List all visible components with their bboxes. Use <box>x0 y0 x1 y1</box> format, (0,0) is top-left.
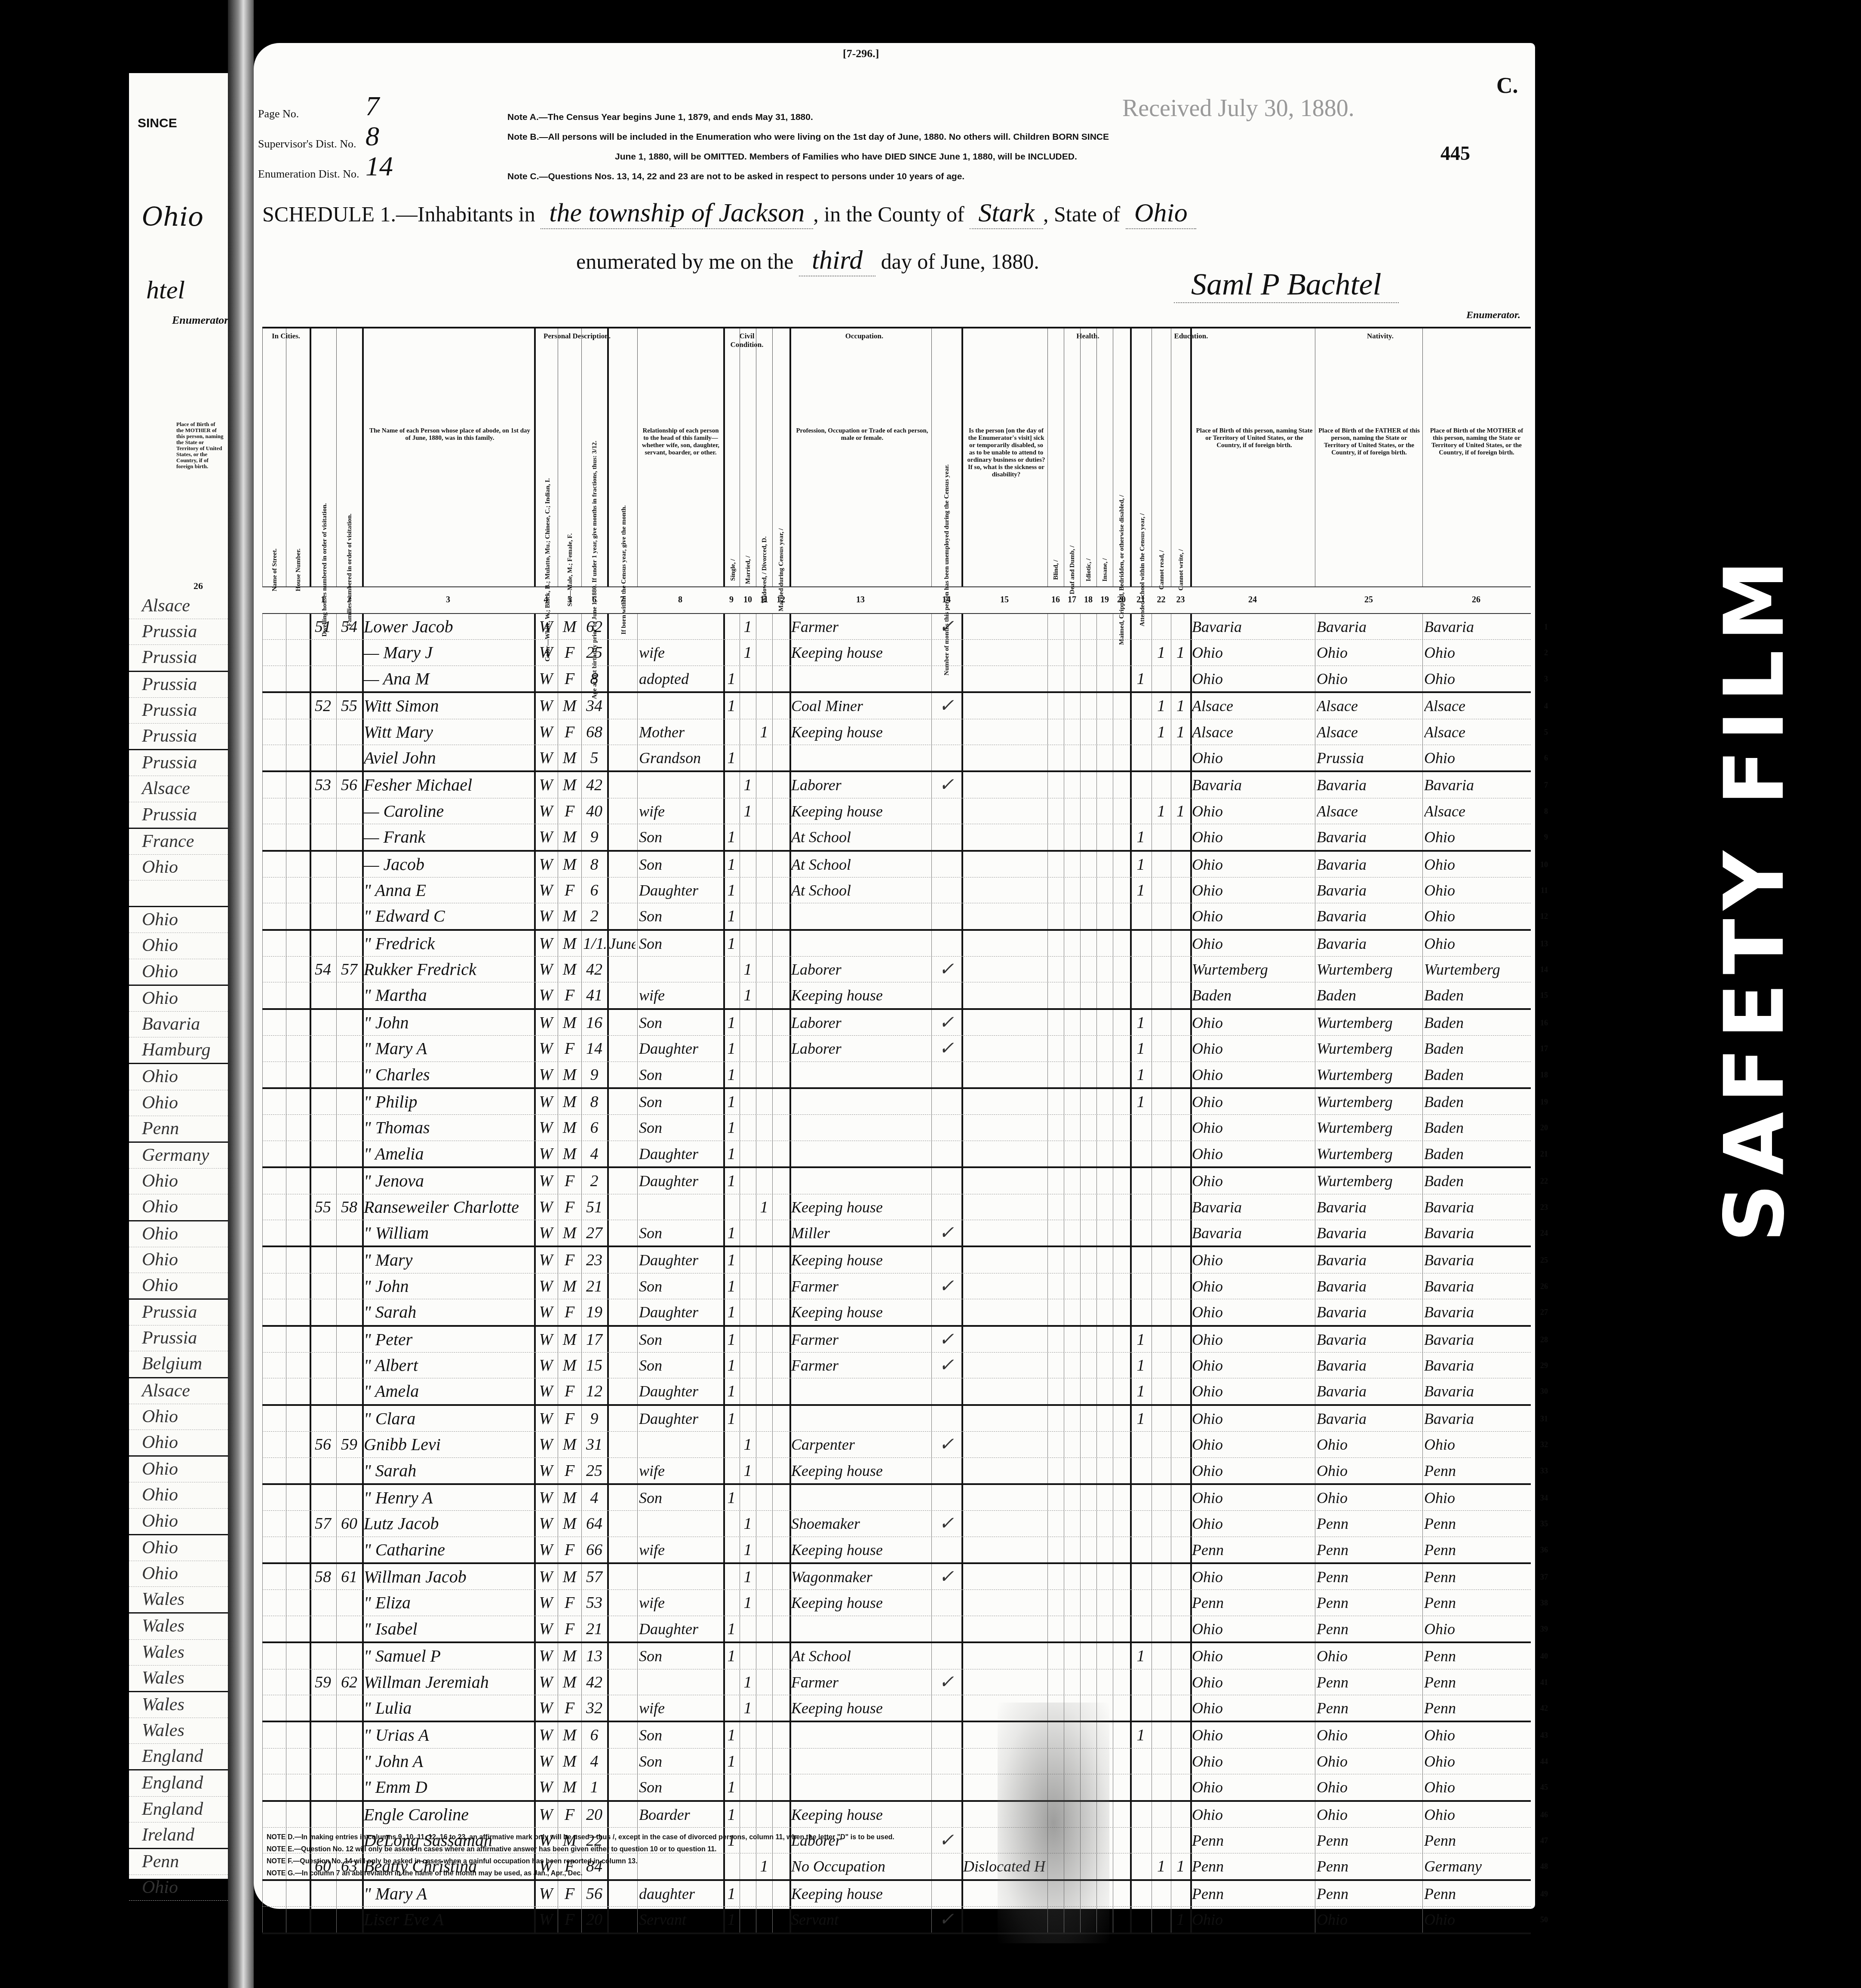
cell-age: 20 <box>583 1907 605 1932</box>
prev-page-row: Prussia <box>129 672 228 698</box>
cell-occupation <box>791 1168 930 1193</box>
line-number: 28 <box>1540 1327 1548 1353</box>
line-number: 12 <box>1540 903 1548 929</box>
prev-page-row: Ohio <box>129 1430 228 1457</box>
cell-name: Gnibb Levi <box>364 1432 532 1457</box>
cell-birthplace: Ohio <box>1192 1722 1313 1748</box>
table-row: " FredrickWM1/12JuneSon1OhioBavariaOhio1… <box>262 931 1531 957</box>
cell-single <box>725 1564 738 1589</box>
cell-birthplace: Bavaria <box>1192 614 1313 639</box>
cell-school <box>1132 1616 1150 1641</box>
safety-film-label: SAFETY FILM <box>1703 232 1797 1264</box>
cell-color: W <box>536 1564 556 1589</box>
cell-married <box>741 1247 754 1273</box>
cell-birth-month <box>609 1458 636 1483</box>
line-number: 44 <box>1540 1749 1548 1774</box>
header-col-24: Cannot read, / <box>1152 328 1171 586</box>
cell-color: W <box>536 931 556 956</box>
cell-occupation: Keeping house <box>791 719 930 745</box>
cell-single: 1 <box>725 1643 738 1669</box>
line-number: 45 <box>1540 1774 1548 1800</box>
cell-birth-month <box>609 1299 636 1325</box>
cell-sex: M <box>559 1010 580 1035</box>
cell-occupation: Miller <box>791 1220 930 1246</box>
table-row: Witt MaryWF68Mother1Keeping house11Alsac… <box>262 719 1531 745</box>
cell-color: W <box>536 1458 556 1483</box>
cell-occupation: Farmer <box>791 1327 930 1352</box>
cell-cannot-write <box>1173 614 1188 639</box>
cell-color: W <box>536 798 556 824</box>
cell-unemployed <box>933 1299 960 1325</box>
prev-page-row: Alsace <box>129 1378 228 1404</box>
cell-married <box>741 745 754 770</box>
cell-relation: Son <box>639 1115 722 1140</box>
cell-dwelling <box>311 1643 335 1669</box>
cell-mother: Penn <box>1424 1458 1528 1483</box>
cell-father: Ohio <box>1317 1485 1421 1510</box>
column-number: 20 <box>1113 595 1130 605</box>
cell-married <box>741 1168 754 1193</box>
prev-page-birthplace: Wales <box>142 1695 184 1715</box>
prev-page-birthplace: Penn <box>142 1852 179 1871</box>
cell-cannot-write <box>1173 666 1188 691</box>
cell-dwelling <box>311 1115 335 1140</box>
line-number: 3 <box>1544 666 1548 692</box>
cell-occupation: Carpenter <box>791 1432 930 1457</box>
cell-relation <box>639 1432 722 1457</box>
cell-father: Wurtemberg <box>1317 1168 1421 1193</box>
cell-age: 9 <box>583 1062 605 1087</box>
prev-page-birthplace: Ireland <box>142 1825 194 1845</box>
cell-family <box>338 719 360 745</box>
header-col-4: Families numbered in order of visitation… <box>336 328 362 586</box>
cell-widowed <box>758 1616 771 1641</box>
cell-father: Penn <box>1317 1828 1421 1853</box>
cell-birth-month <box>609 772 636 798</box>
cell-family: 58 <box>338 1194 360 1220</box>
cell-color: W <box>536 957 556 982</box>
cell-occupation: Laborer <box>791 1010 930 1035</box>
cell-relation: Son <box>639 931 722 956</box>
prev-page-birthplace: Prussia <box>142 753 197 773</box>
cell-father: Bavaria <box>1317 903 1421 929</box>
prev-page-birthplace: Wales <box>142 1642 184 1662</box>
cell-name: " Charles <box>364 1062 532 1087</box>
table-row: " SarahWF19Daughter1Keeping houseOhioBav… <box>262 1299 1531 1326</box>
cell-cannot-read <box>1153 1564 1169 1589</box>
cell-dwelling: 51 <box>311 614 335 639</box>
cell-name: " Mary A <box>364 1036 532 1061</box>
cell-mother: Baden <box>1424 1141 1528 1166</box>
cell-father: Wurtemberg <box>1317 1010 1421 1035</box>
cell-occupation: Keeping house <box>791 1247 930 1273</box>
table-row: " ThomasWM6Son1OhioWurtembergBaden20 <box>262 1115 1531 1141</box>
cell-color: W <box>536 1010 556 1035</box>
column-number: 8 <box>637 595 723 605</box>
line-number: 6 <box>1544 745 1548 771</box>
cell-married <box>741 1220 754 1246</box>
cell-age: 5 <box>583 745 605 770</box>
cell-age: 56 <box>583 1881 605 1906</box>
prev-page-row: Hamburg <box>129 1037 228 1064</box>
cell-color: W <box>536 824 556 850</box>
prev-page-birthplace: Ohio <box>142 1564 178 1583</box>
header-col-20: Idiotic, / <box>1080 328 1097 586</box>
cell-widowed <box>758 1299 771 1325</box>
prev-page-birthplace: England <box>142 1746 203 1766</box>
enumeration-date-line: enumerated by me on the third day of Jun… <box>576 245 1039 276</box>
cell-sex: F <box>559 1458 580 1483</box>
cell-widowed <box>758 798 771 824</box>
cell-single <box>725 982 738 1008</box>
cell-cannot-read <box>1153 1220 1169 1246</box>
table-row: — CarolineWF40wife1Keeping house11OhioAl… <box>262 798 1531 824</box>
cell-mother: Ohio <box>1424 1722 1528 1748</box>
cell-birthplace: Bavaria <box>1192 772 1313 798</box>
cell-age: 17 <box>583 1327 605 1352</box>
column-number: 14 <box>931 595 961 605</box>
column-number: 23 <box>1171 595 1190 605</box>
cell-mother: Ohio <box>1424 877 1528 903</box>
cell-birth-month <box>609 1432 636 1457</box>
line-number: 32 <box>1540 1432 1548 1457</box>
cell-single: 1 <box>725 1616 738 1641</box>
line-number: 14 <box>1540 957 1548 982</box>
table-row: " CharlesWM9Son11OhioWurtembergBaden18 <box>262 1062 1531 1089</box>
cell-name: " Jenova <box>364 1168 532 1193</box>
cell-widowed <box>758 1485 771 1510</box>
cell-sickness <box>963 745 1046 770</box>
prev-page-row: Prussia <box>129 750 228 776</box>
cell-color: W <box>536 1089 556 1114</box>
cell-sex: F <box>559 1406 580 1431</box>
cell-name: Fesher Michael <box>364 772 532 798</box>
cell-relation: wife <box>639 1695 722 1721</box>
prev-page-birthplace: Ohio <box>142 1276 178 1295</box>
cell-sex: M <box>559 1564 580 1589</box>
cell-relation: wife <box>639 982 722 1008</box>
cell-school: 1 <box>1132 1378 1150 1404</box>
cell-sickness <box>963 772 1046 798</box>
cell-unemployed: ✓ <box>933 772 960 798</box>
column-number: 9 <box>723 595 740 605</box>
column-number: 11 <box>756 595 772 605</box>
cell-mother: Bavaria <box>1424 772 1528 798</box>
cell-single: 1 <box>725 1115 738 1140</box>
cell-unemployed: ✓ <box>933 693 960 718</box>
cell-single: 1 <box>725 1141 738 1166</box>
prev-page-birthplace: Ohio <box>142 1407 178 1427</box>
cell-birth-month <box>609 1643 636 1669</box>
cell-sickness <box>963 666 1046 691</box>
cell-name: " William <box>364 1220 532 1246</box>
cell-family <box>338 982 360 1008</box>
cell-age: 6 <box>583 1722 605 1748</box>
cell-father: Bavaria <box>1317 931 1421 956</box>
cell-color: W <box>536 1695 556 1721</box>
cell-cannot-read <box>1153 1669 1169 1695</box>
prev-page-row: Prussia <box>129 802 228 829</box>
line-number: 1 <box>1544 614 1548 640</box>
cell-mother: Alsace <box>1424 693 1528 718</box>
cell-occupation <box>791 1774 930 1800</box>
cell-family <box>338 1537 360 1562</box>
cell-dwelling <box>311 1590 335 1615</box>
cell-age: 42 <box>583 772 605 798</box>
cell-widowed <box>758 1695 771 1721</box>
cell-birthplace: Ohio <box>1192 1036 1313 1061</box>
cell-unemployed <box>933 1115 960 1140</box>
cell-unemployed <box>933 1590 960 1615</box>
cell-cannot-write <box>1173 1643 1188 1669</box>
cell-occupation: Keeping house <box>791 1695 930 1721</box>
cell-birthplace: Ohio <box>1192 1406 1313 1431</box>
prev-page-row: Ohio <box>129 1221 228 1247</box>
cell-dwelling <box>311 982 335 1008</box>
cell-sickness <box>963 877 1046 903</box>
cell-birth-month <box>609 1590 636 1615</box>
prev-page-row: Prussia <box>129 645 228 672</box>
cell-single <box>725 1432 738 1457</box>
cell-family <box>338 1485 360 1510</box>
cell-unemployed <box>933 1537 960 1562</box>
column-number: 13 <box>789 595 931 605</box>
cell-single <box>725 957 738 982</box>
cell-single <box>725 1590 738 1615</box>
cell-dwelling <box>311 852 335 877</box>
cell-birth-month <box>609 1010 636 1035</box>
cell-family <box>338 1722 360 1748</box>
cell-birthplace: Penn <box>1192 1853 1313 1879</box>
cell-color: W <box>536 1432 556 1457</box>
instruction-notes: Note A.—The Census Year begins June 1, 1… <box>507 107 1453 187</box>
cell-cannot-read <box>1153 1010 1169 1035</box>
cell-unemployed: ✓ <box>933 1010 960 1035</box>
note-f: NOTE F.—Question No. 14 will only be ask… <box>267 1856 894 1868</box>
line-number: 24 <box>1540 1220 1548 1246</box>
cell-cannot-write <box>1173 1062 1188 1087</box>
cell-family: 62 <box>338 1669 360 1695</box>
cell-widowed <box>758 931 771 956</box>
cell-cannot-write <box>1173 1749 1188 1774</box>
cell-sex: F <box>559 1590 580 1615</box>
header-col-11: Single, / <box>723 328 741 586</box>
cell-unemployed <box>933 1168 960 1193</box>
cell-cannot-read <box>1153 1537 1169 1562</box>
cell-cannot-read <box>1153 1458 1169 1483</box>
cell-sex: F <box>559 1378 580 1404</box>
prev-page-row: Ohio <box>129 1561 228 1587</box>
table-row: " Edward CWM2Son1OhioBavariaOhio12 <box>262 903 1531 930</box>
cell-age: 42 <box>583 957 605 982</box>
cell-married: 1 <box>741 957 754 982</box>
cell-father: Penn <box>1317 1537 1421 1562</box>
cell-family <box>338 824 360 850</box>
cell-dwelling <box>311 1062 335 1087</box>
cell-relation: wife <box>639 1590 722 1615</box>
cell-age: 15 <box>583 1353 605 1378</box>
line-number: 11 <box>1541 877 1548 903</box>
line-number: 37 <box>1540 1564 1548 1590</box>
cell-school <box>1132 931 1150 956</box>
cell-father: Wurtemberg <box>1317 1115 1421 1140</box>
note-e: NOTE E.—Question No. 12 will only be ask… <box>267 1844 894 1856</box>
prev-page-row: Ohio <box>129 907 228 933</box>
header-label: Relationship of each person to the head … <box>640 427 721 457</box>
cell-dwelling <box>311 1749 335 1774</box>
cell-father: Ohio <box>1317 1432 1421 1457</box>
header-col-26: Place of Birth of this person, naming St… <box>1190 328 1317 586</box>
line-number: 23 <box>1540 1194 1548 1220</box>
cell-father: Ohio <box>1317 1749 1421 1774</box>
cell-father: Penn <box>1317 1695 1421 1721</box>
prev-page-birthplace: Ohio <box>142 1878 178 1897</box>
cell-unemployed <box>933 1062 960 1087</box>
cell-married <box>741 1616 754 1641</box>
cell-sickness <box>963 1564 1046 1589</box>
prev-page-column-header: Place of Birth of the MOTHER of this per… <box>176 421 224 469</box>
cell-age: 51 <box>583 1194 605 1220</box>
cell-widowed <box>758 1564 771 1589</box>
cell-family <box>338 931 360 956</box>
cell-cannot-read <box>1153 957 1169 982</box>
cell-name: " Amela <box>364 1378 532 1404</box>
cell-age: 53 <box>583 1590 605 1615</box>
cell-father: Ohio <box>1317 640 1421 665</box>
header-label: Married, / <box>745 556 752 584</box>
cell-color: W <box>536 1378 556 1404</box>
cell-unemployed: ✓ <box>933 1511 960 1536</box>
cell-cannot-read <box>1153 1194 1169 1220</box>
cell-sex: M <box>559 1643 580 1669</box>
cell-relation: Son <box>639 1220 722 1246</box>
prev-page-row: Ohio <box>129 1457 228 1482</box>
cell-occupation <box>791 1089 930 1114</box>
cell-cannot-write: 1 <box>1173 640 1188 665</box>
prev-page-birthplace: Ohio <box>142 1197 178 1217</box>
cell-cannot-write <box>1173 1299 1188 1325</box>
header-col-16: Number of months this person has been un… <box>931 328 962 586</box>
table-row: " AmelaWF12Daughter11OhioBavariaBavaria3… <box>262 1378 1531 1405</box>
cell-sex: F <box>559 1802 580 1827</box>
cell-birth-month <box>609 745 636 770</box>
cell-single: 1 <box>725 1247 738 1273</box>
cell-relation <box>639 614 722 639</box>
prev-page-birthplace: Alsace <box>142 1381 190 1401</box>
cell-unemployed <box>933 1881 960 1906</box>
prev-page-row: Ohio <box>129 1169 228 1194</box>
page-no-value: 7 <box>365 90 379 122</box>
cell-cannot-read <box>1153 666 1169 691</box>
line-number: 10 <box>1540 852 1548 877</box>
cell-cannot-write <box>1173 877 1188 903</box>
cell-birth-month <box>609 1247 636 1273</box>
cell-mother: Bavaria <box>1424 1220 1528 1246</box>
line-number: 25 <box>1540 1247 1548 1273</box>
cell-cannot-write <box>1173 1511 1188 1536</box>
cell-father: Alsace <box>1317 719 1421 745</box>
cell-name: " Amelia <box>364 1141 532 1166</box>
cell-single: 1 <box>725 1010 738 1035</box>
cell-sickness <box>963 1669 1046 1695</box>
cell-sex: F <box>559 1537 580 1562</box>
cell-family <box>338 640 360 665</box>
line-number: 15 <box>1540 982 1548 1008</box>
cell-married <box>741 1353 754 1378</box>
cell-birth-month <box>609 1907 636 1932</box>
header-col-28: Place of Birth of the MOTHER of this per… <box>1422 328 1530 586</box>
cell-name: — Ana M <box>364 666 532 691</box>
cell-birth-month <box>609 903 636 929</box>
cell-relation: Daughter <box>639 1616 722 1641</box>
table-row: " Anna EWF6Daughter1At School1OhioBavari… <box>262 877 1531 903</box>
cell-relation <box>639 957 722 982</box>
cell-father: Ohio <box>1317 1458 1421 1483</box>
cell-mother: Ohio <box>1424 1485 1528 1510</box>
line-number: 5 <box>1544 719 1548 745</box>
cell-mother: Baden <box>1424 1168 1528 1193</box>
cell-mother: Ohio <box>1424 1907 1528 1932</box>
cell-single: 1 <box>725 1089 738 1114</box>
cell-unemployed <box>933 982 960 1008</box>
cell-family: 60 <box>338 1511 360 1536</box>
cell-color: W <box>536 772 556 798</box>
cell-cannot-write <box>1173 1220 1188 1246</box>
cell-mother: Bavaria <box>1424 614 1528 639</box>
cell-birthplace: Ohio <box>1192 798 1313 824</box>
cell-unemployed: ✓ <box>933 614 960 639</box>
cell-father: Bavaria <box>1317 1273 1421 1299</box>
cell-cannot-read <box>1153 1722 1169 1748</box>
cell-school <box>1132 1115 1150 1140</box>
cell-sex: M <box>559 1353 580 1378</box>
cell-widowed <box>758 1273 771 1299</box>
cell-unemployed <box>933 745 960 770</box>
prev-page-row: Wales <box>129 1587 228 1614</box>
cell-dwelling <box>311 1537 335 1562</box>
cell-mother: Ohio <box>1424 931 1528 956</box>
cell-single: 1 <box>725 1220 738 1246</box>
cell-name: " Isabel <box>364 1616 532 1641</box>
cell-color: W <box>536 1590 556 1615</box>
cell-family: 56 <box>338 772 360 798</box>
cell-birthplace: Ohio <box>1192 852 1313 877</box>
cell-father: Alsace <box>1317 798 1421 824</box>
cell-birth-month <box>609 1695 636 1721</box>
cell-cannot-write <box>1173 1406 1188 1431</box>
cell-married <box>741 1327 754 1352</box>
line-number: 33 <box>1540 1458 1548 1484</box>
cell-birth-month <box>609 1616 636 1641</box>
cell-family <box>338 1695 360 1721</box>
cell-sex: M <box>559 614 580 639</box>
cell-mother: Penn <box>1424 1643 1528 1669</box>
cell-birthplace: Ohio <box>1192 1616 1313 1641</box>
prev-page-birthplace: England <box>142 1799 203 1819</box>
prev-page-row: Ireland <box>129 1822 228 1849</box>
cell-mother: Penn <box>1424 1511 1528 1536</box>
cell-occupation: Laborer <box>791 957 930 982</box>
cell-cannot-read <box>1153 1749 1169 1774</box>
prev-page-birthplace: Prussia <box>142 675 197 694</box>
cell-mother: Baden <box>1424 1010 1528 1035</box>
prev-page-row: Alsace <box>129 776 228 802</box>
line-number: 9 <box>1544 824 1548 850</box>
cell-dwelling <box>311 1353 335 1378</box>
cell-school <box>1132 1881 1150 1906</box>
cell-unemployed <box>933 824 960 850</box>
cell-father: Bavaria <box>1317 1353 1421 1378</box>
